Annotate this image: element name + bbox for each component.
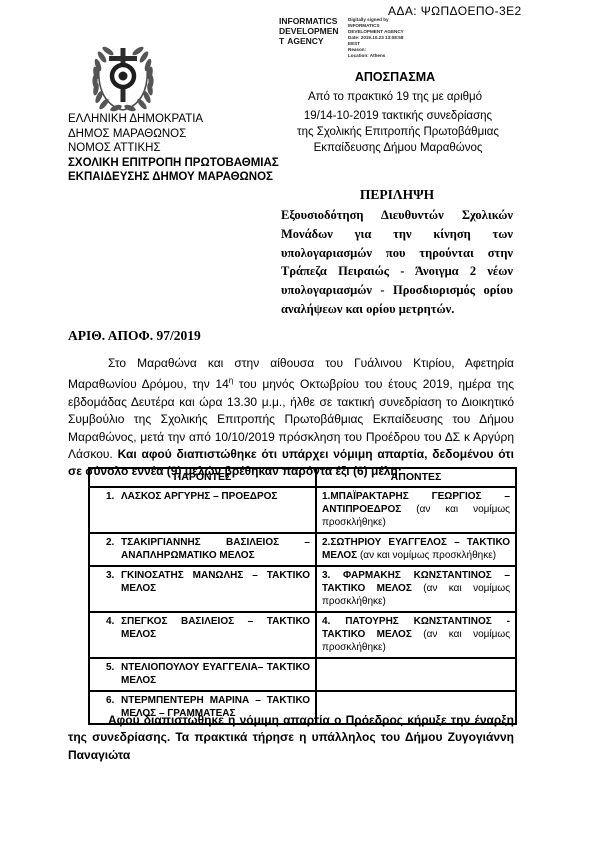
row-number: 2.	[95, 536, 121, 562]
table-header-row: ΠΑΡΟΝΤΕΣ ΑΠΟΝΤΕΣ	[89, 468, 516, 487]
table-row: 2. ΤΣΑΚΙΡΓΙΑΝΝΗΣ ΒΑΣΙΛΕΙΟΣ – ΑΝΑΠΛΗΡΩΜΑΤ…	[89, 533, 516, 566]
municipality-emblem-icon	[86, 42, 160, 116]
signature-agency-name: INFORMATICS DEVELOPMEN T AGENCY	[279, 17, 343, 46]
present-cell: 3. ΓΚΙΝΟΣΑΤΗΣ ΜΑΝΩΛΗΣ – ΤΑΚΤΙΚΟ ΜΕΛΟΣ	[89, 566, 316, 612]
signature-details: Digitally signed by INFORMATICS DEVELOPM…	[348, 17, 440, 59]
absent-cell: 3. ΦΑΡΜΑΚΗΣ ΚΩΝΣΤΑΝΤΙΝΟΣ – ΤΑΚΤΙΚΟ ΜΕΛΟΣ…	[316, 566, 516, 612]
session-line: της Σχολικής Επιτροπής Πρωτοβάθμιας	[290, 124, 506, 140]
row-number: 3.	[95, 569, 121, 595]
present-member: ΣΠΕΓΚΟΣ ΒΑΣΙΛΕΙΟΣ – ΤΑΚΤΙΚΟ ΜΕΛΟΣ	[121, 615, 310, 641]
table-row: 3. ΓΚΙΝΟΣΑΤΗΣ ΜΑΝΩΛΗΣ – ΤΑΚΤΙΚΟ ΜΕΛΟΣ 3.…	[89, 566, 516, 612]
document-page: ΑΔΑ: ΨΩΠΔΟΕΠΟ-3Ε2 INFORMATICS DEVELOPMEN…	[0, 0, 595, 842]
present-member: ΝΤΕΛΙΟΠΟΥΛΟΥ ΕΥΑΓΓΕΛΙΑ– ΤΑΚΤΙΚΟ ΜΕΛΟΣ	[121, 661, 310, 687]
summary-text: Εξουσιοδότηση Διευθυντών Σχολικών Μονάδω…	[281, 206, 513, 319]
session-info: 19/14-10-2019 τακτικής συνεδρίασης της Σ…	[290, 108, 506, 156]
absent-cell: 2.ΣΩΤΗΡΙΟΥ ΕΥΑΓΓΕΛΟΣ – ΤΑΚΤΙΚΟ ΜΕΛΟΣ (αν…	[316, 533, 516, 566]
authority-line: ΕΛΛΗΝΙΚΗ ΔΗΜΟΚΡΑΤΙΑ	[68, 112, 279, 127]
main-paragraph: Στο Μαραθώνα και στην αίθουσα του Γυάλιν…	[68, 355, 514, 481]
absent-note: (αν και νομίμως προσκλήθηκε)	[360, 550, 496, 561]
absent-cell: 4. ΠΑΤΟΥΡΗΣ ΚΩΝΣΤΑΝΤΙΝΟΣ - ΤΑΚΤΙΚΟ ΜΕΛΟΣ…	[316, 612, 516, 658]
summary-title: ΠΕΡΙΛΗΨΗ	[281, 187, 513, 203]
table-row: 1. ΛΑΣΚΟΣ ΑΡΓΥΡΗΣ – ΠΡΟΕΔΡΟΣ 1.ΜΠΑΪΡΑΚΤΑ…	[89, 487, 516, 533]
table-row: 4. ΣΠΕΓΚΟΣ ΒΑΣΙΛΕΙΟΣ – ΤΑΚΤΙΚΟ ΜΕΛΟΣ 4. …	[89, 612, 516, 658]
session-line: Εκπαίδευσης Δήμου Μαραθώνος	[290, 140, 506, 156]
present-member: ΓΚΙΝΟΣΑΤΗΣ ΜΑΝΩΛΗΣ – ΤΑΚΤΙΚΟ ΜΕΛΟΣ	[121, 569, 310, 595]
signature-detail-line: Location: Athens	[348, 53, 440, 59]
present-cell: 1. ΛΑΣΚΟΣ ΑΡΓΥΡΗΣ – ΠΡΟΕΔΡΟΣ	[89, 487, 316, 533]
session-line: 19/14-10-2019 τακτικής συνεδρίασης	[290, 108, 506, 124]
present-member: ΛΑΣΚΟΣ ΑΡΓΥΡΗΣ – ΠΡΟΕΔΡΟΣ	[121, 490, 310, 503]
table-header-present: ΠΑΡΟΝΤΕΣ	[89, 468, 316, 487]
table-row: 5. ΝΤΕΛΙΟΠΟΥΛΟΥ ΕΥΑΓΓΕΛΙΑ– ΤΑΚΤΙΚΟ ΜΕΛΟΣ	[89, 658, 516, 691]
authority-line: ΝΟΜΟΣ ΑΤΤΙΚΗΣ	[68, 141, 279, 156]
authority-line: ΕΚΠΑΙΔΕΥΣΗΣ ΔΗΜΟΥ ΜΑΡΑΘΩΝΟΣ	[68, 170, 279, 185]
summary-block: ΠΕΡΙΛΗΨΗ Εξουσιοδότηση Διευθυντών Σχολικ…	[281, 187, 513, 319]
ada-code: ΑΔΑ: ΨΩΠΔΟΕΠΟ-3Ε2	[388, 4, 522, 18]
authority-line: ΣΧΟΛΙΚΗ ΕΠΙΤΡΟΠΗ ΠΡΩΤΟΒΑΘΜΙΑΣ	[68, 156, 279, 171]
row-number: 5.	[95, 661, 121, 687]
attendance-table: ΠΑΡΟΝΤΕΣ ΑΠΟΝΤΕΣ 1. ΛΑΣΚΟΣ ΑΡΓΥΡΗΣ – ΠΡΟ…	[88, 467, 517, 725]
table-header-absent: ΑΠΟΝΤΕΣ	[316, 468, 516, 487]
minutes-subtitle: Από το πρακτικό 19 της με αριθμό	[278, 91, 512, 103]
authority-line: ΔΗΜΟΣ ΜΑΡΑΘΩΝΟΣ	[68, 127, 279, 142]
present-member: ΤΣΑΚΙΡΓΙΑΝΝΗΣ ΒΑΣΙΛΕΙΟΣ – ΑΝΑΠΛΗΡΩΜΑΤΙΚΟ…	[121, 536, 310, 562]
digital-signature-stamp: INFORMATICS DEVELOPMEN T AGENCY Digitall…	[279, 17, 440, 59]
present-cell: 2. ΤΣΑΚΙΡΓΙΑΝΝΗΣ ΒΑΣΙΛΕΙΟΣ – ΑΝΑΠΛΗΡΩΜΑΤ…	[89, 533, 316, 566]
row-number: 4.	[95, 615, 121, 641]
document-title: ΑΠΟΣΠΑΣΜΑ	[278, 70, 512, 84]
closing-paragraph: Αφού διαπιστώθηκε η νόμιμη απαρτία ο Πρό…	[68, 712, 514, 764]
row-number: 1.	[95, 490, 121, 503]
decision-number: ΑΡΙΘ. ΑΠΟΦ. 97/2019	[68, 328, 201, 344]
issuing-authority-block: ΕΛΛΗΝΙΚΗ ΔΗΜΟΚΡΑΤΙΑ ΔΗΜΟΣ ΜΑΡΑΘΩΝΟΣ ΝΟΜΟ…	[68, 112, 279, 185]
present-cell: 4. ΣΠΕΓΚΟΣ ΒΑΣΙΛΕΙΟΣ – ΤΑΚΤΙΚΟ ΜΕΛΟΣ	[89, 612, 316, 658]
present-cell: 5. ΝΤΕΛΙΟΠΟΥΛΟΥ ΕΥΑΓΓΕΛΙΑ– ΤΑΚΤΙΚΟ ΜΕΛΟΣ	[89, 658, 316, 691]
absent-cell: 1.ΜΠΑΪΡΑΚΤΑΡΗΣ ΓΕΩΡΓΙΟΣ – ΑΝΤΙΠΡΟΕΔΡΟΣ (…	[316, 487, 516, 533]
absent-cell	[316, 658, 516, 691]
